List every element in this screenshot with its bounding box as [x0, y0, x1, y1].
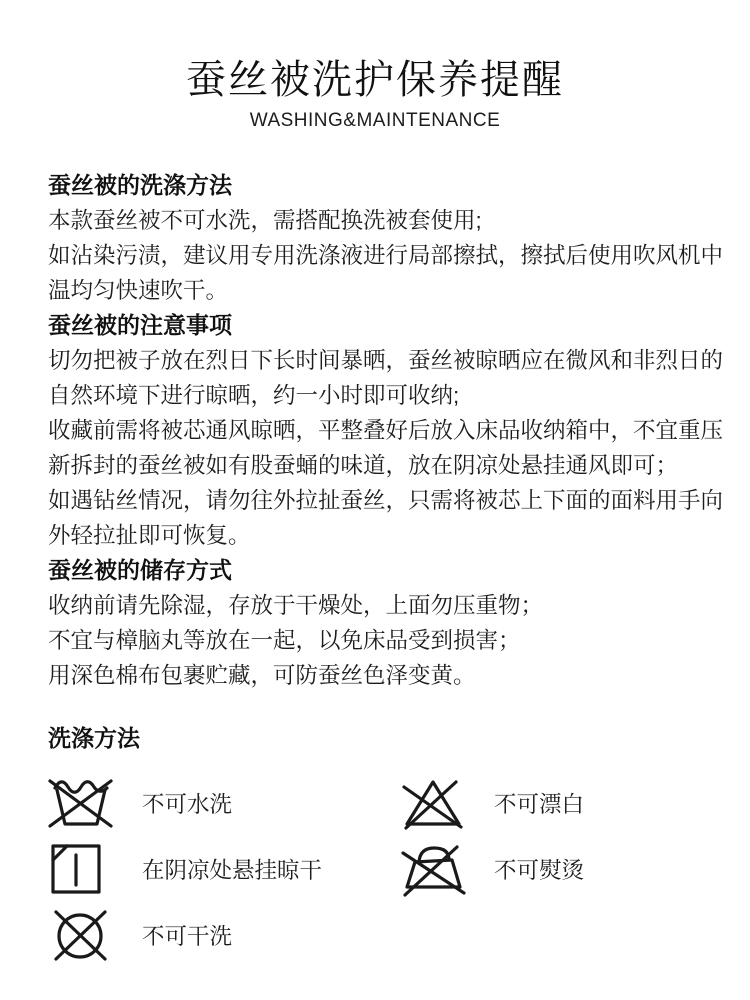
care-symbols-grid: 不可水洗 不可漂白: [48, 770, 706, 968]
text-line: 本款蚕丝被不可水洗，需搭配换洗被套使用;: [48, 203, 706, 238]
do-not-iron-icon: [400, 840, 472, 898]
care-item-do-not-iron: 不可熨烫: [400, 836, 706, 902]
text-line: 外轻拉扯即可恢复。: [48, 518, 706, 553]
care-item-drip-dry-in-shade: 在阴凉处悬挂晾干: [48, 836, 400, 902]
care-item-label: 不可干洗: [142, 919, 232, 951]
text-line: 自然环境下进行晾晒，约一小时即可收纳;: [48, 378, 706, 413]
do-not-wash-icon: [48, 775, 120, 831]
content: 蚕丝被的洗涤方法 本款蚕丝被不可水洗，需搭配换洗被套使用; 如沾染污渍，建议用专…: [48, 168, 706, 968]
care-item-do-not-wash: 不可水洗: [48, 770, 400, 836]
do-not-dry-clean-icon: [48, 907, 120, 963]
care-item-do-not-bleach: 不可漂白: [400, 770, 706, 836]
care-item-label: 不可熨烫: [494, 853, 584, 885]
care-item-do-not-dry-clean: 不可干洗: [48, 902, 400, 968]
care-item-label: 不可水洗: [142, 787, 232, 819]
drip-dry-in-shade-icon: [48, 841, 120, 897]
text-line: 收藏前需将被芯通风晾晒，平整叠好后放入床品收纳箱中，不宜重压: [48, 413, 706, 448]
text-line: 如沾染污渍，建议用专用洗涤液进行局部擦拭，擦拭后使用吹风机中: [48, 238, 706, 273]
care-item-label: 在阴凉处悬挂晾干: [142, 853, 322, 885]
care-symbols-heading: 洗涤方法: [48, 721, 706, 756]
do-not-bleach-icon: [400, 775, 472, 831]
section-heading-storage: 蚕丝被的储存方式: [48, 553, 706, 588]
care-instructions-page: 蚕丝被洗护保养提醒 WASHING&MAINTENANCE 蚕丝被的洗涤方法 本…: [0, 0, 750, 1000]
text-line: 温均匀快速吹干。: [48, 273, 706, 308]
page-title: 蚕丝被洗护保养提醒: [0, 58, 750, 102]
text-line: 用深色棉布包裹贮藏，可防蚕丝色泽变黄。: [48, 658, 706, 693]
text-line: 如遇钻丝情况，请勿往外拉扯蚕丝，只需将被芯上下面的面料用手向: [48, 483, 706, 518]
text-line: 收纳前请先除湿，存放于干燥处，上面勿压重物；: [48, 588, 706, 623]
text-line: 新拆封的蚕丝被如有股蚕蛹的味道，放在阴凉处悬挂通风即可；: [48, 448, 706, 483]
text-line: 不宜与樟脑丸等放在一起，以免床品受到损害；: [48, 623, 706, 658]
text-line: 切勿把被子放在烈日下长时间暴晒，蚕丝被晾晒应在微风和非烈日的: [48, 343, 706, 378]
page-subtitle: WASHING&MAINTENANCE: [0, 110, 750, 132]
section-heading-washing-method: 蚕丝被的洗涤方法: [48, 168, 706, 203]
section-heading-precautions: 蚕丝被的注意事项: [48, 308, 706, 343]
care-item-label: 不可漂白: [494, 787, 584, 819]
